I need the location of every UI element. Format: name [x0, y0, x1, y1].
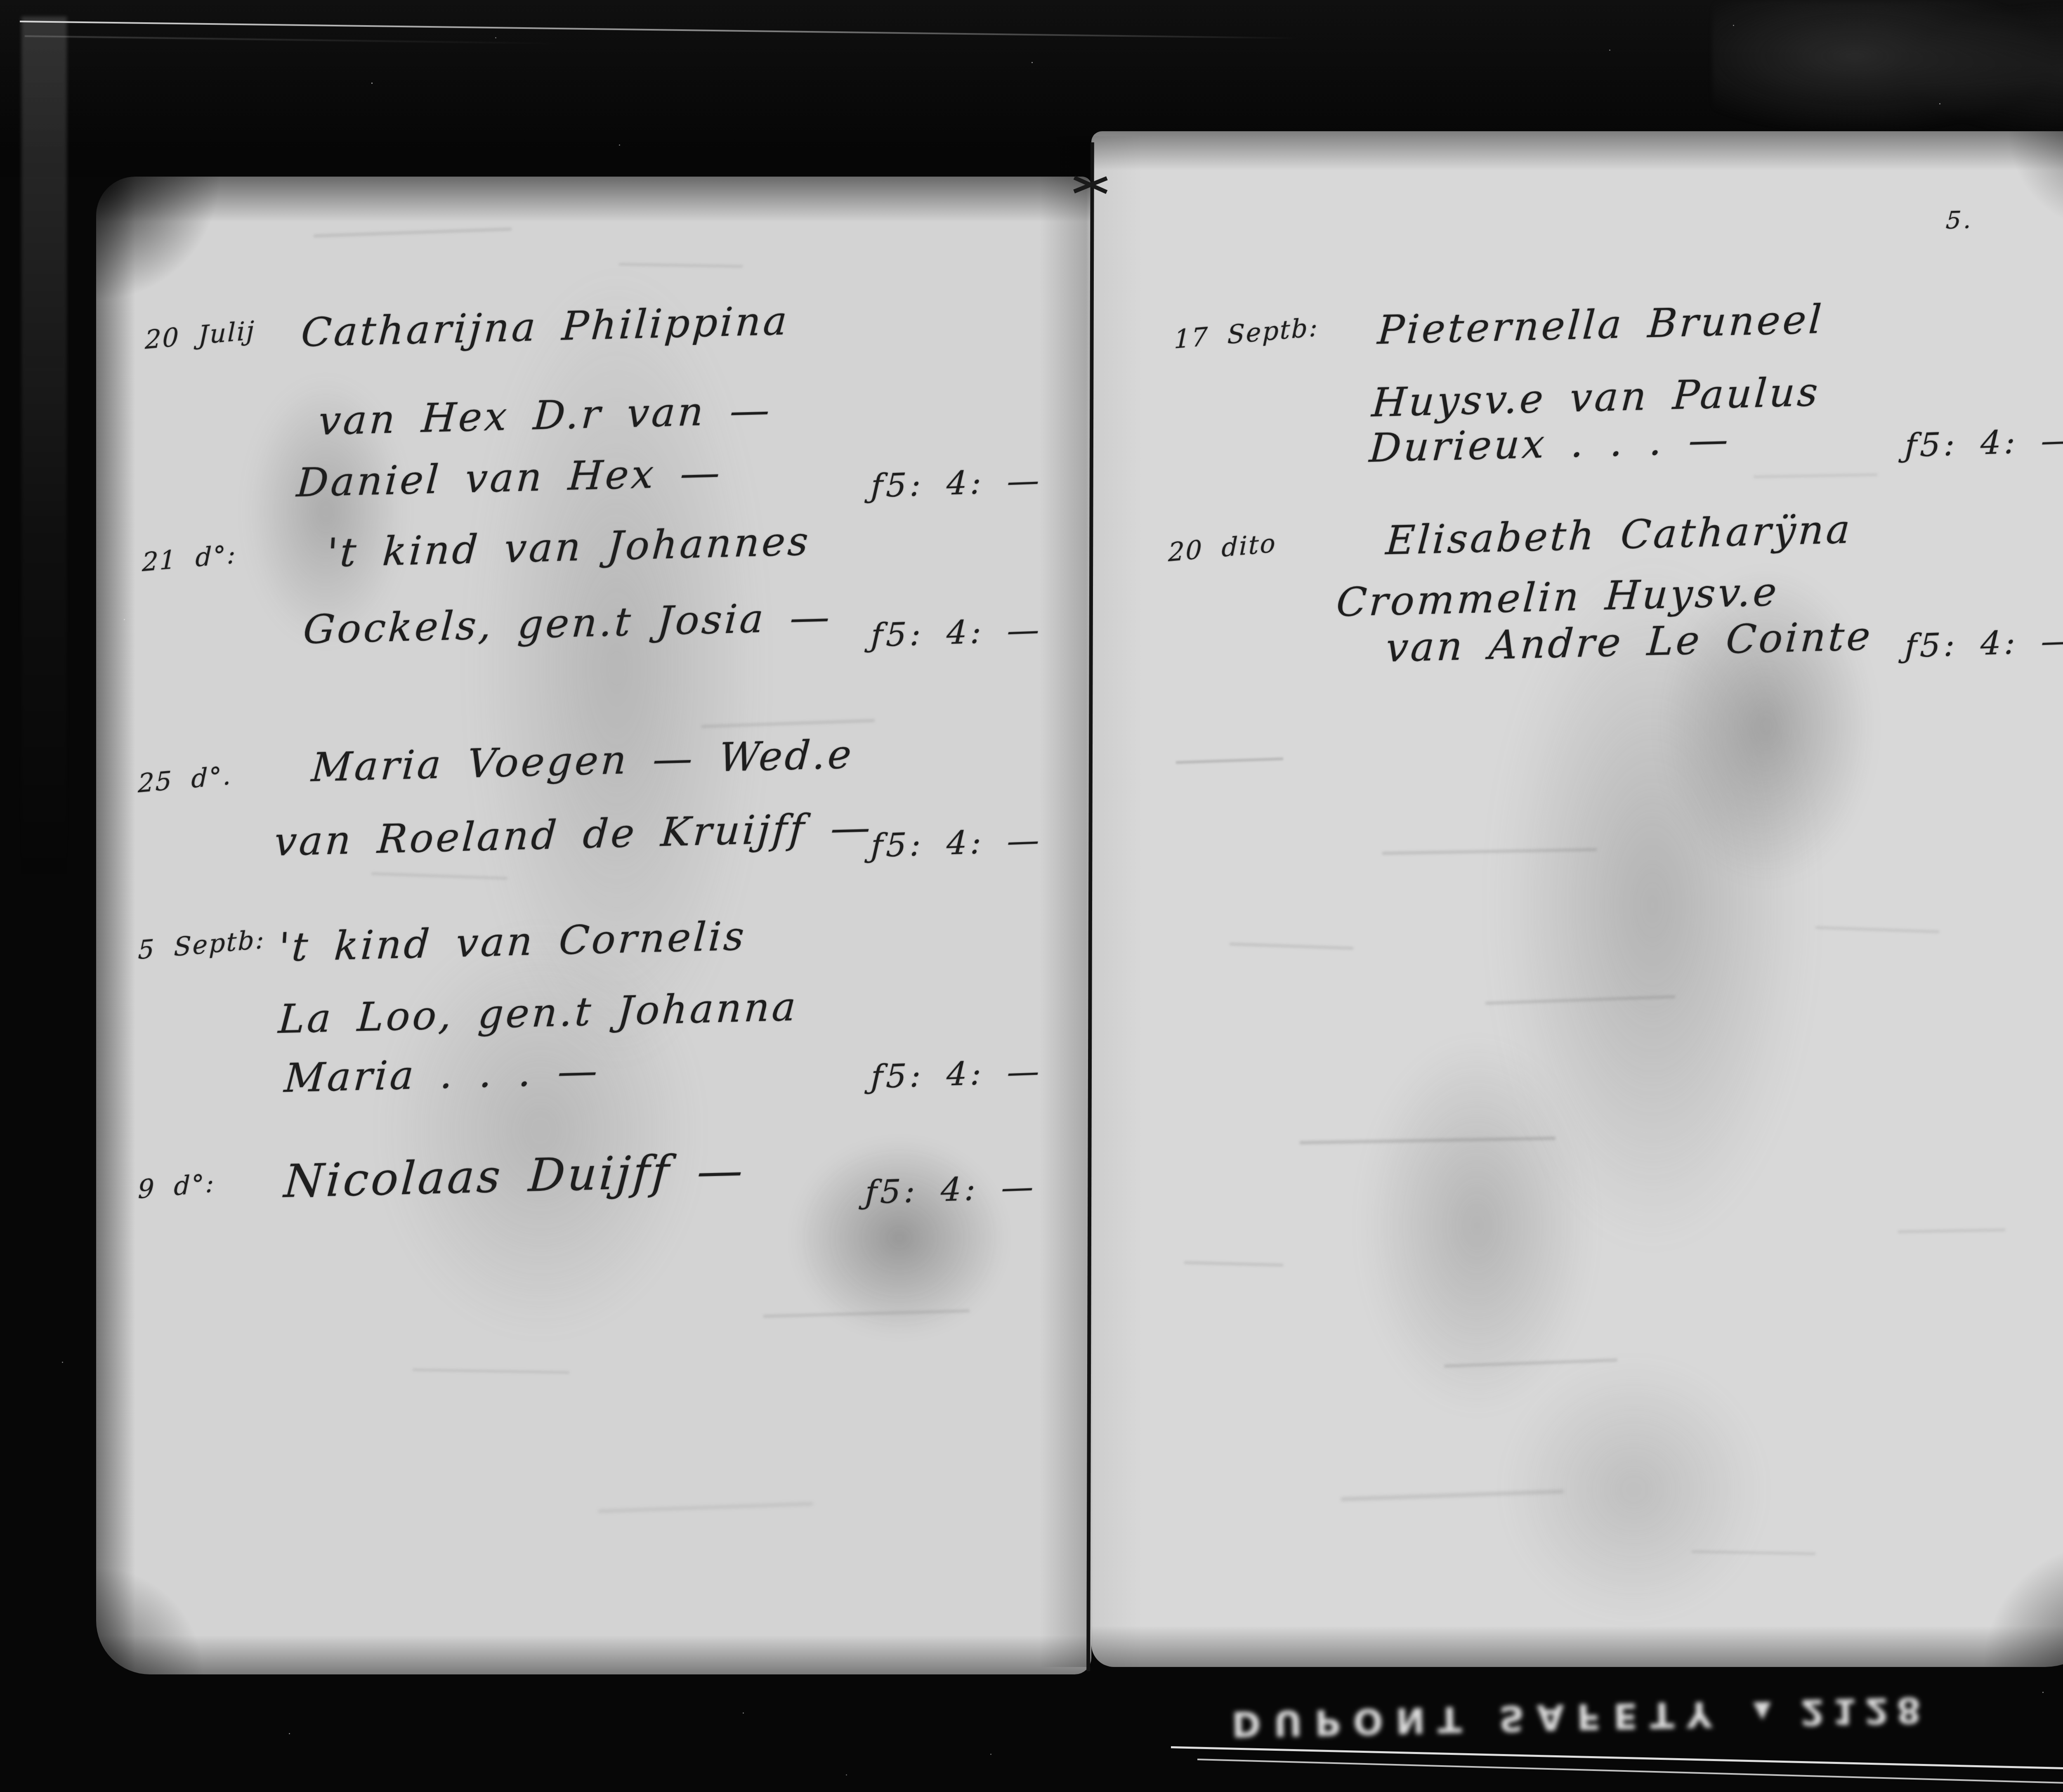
entry-amount: ƒ5: 4: — — [1904, 624, 2063, 663]
entry-date: 21 d°: — [142, 541, 237, 575]
entry-text-line: La Loo, gen.t Johanna — [277, 987, 799, 1039]
right-page — [1091, 131, 2063, 1667]
entry-amount: ƒ5: 4: — — [870, 464, 1043, 503]
entry-amount: ƒ5: 4: — — [870, 614, 1043, 652]
film-edge-line — [1197, 1759, 2063, 1787]
entry-text-line: 't kind van Cornelis — [277, 916, 748, 967]
film-edge-triangle-icon: ▲ — [1753, 1699, 1771, 1726]
film-edge-print: DUPONT SAFETY ▲ 2128 — [1231, 1689, 1929, 1745]
entry-amount: ƒ5: 4: — — [864, 1171, 1037, 1209]
film-edge-line — [1171, 1746, 2063, 1772]
entry-text-line: Huysv.e van Paulus — [1371, 372, 1821, 423]
film-edge-text: DUPONT SAFETY — [1231, 1693, 1725, 1745]
entry-amount: ƒ5: 4: — — [870, 1055, 1043, 1093]
entry-text-line: Pieternella Bruneel — [1376, 300, 1825, 350]
entry-text-line: Crommelin Huysv.e — [1335, 572, 1780, 622]
entry-text-line: Gockels, gen.t Josia — — [302, 597, 833, 649]
entry-date: 9 d°: — [138, 1170, 215, 1203]
entry-amount: ƒ5: 4: — — [1904, 424, 2063, 462]
entry-text-line: Nicolaas Duijff — — [283, 1147, 746, 1204]
entry-text-line: Catharijna Philippina — [300, 301, 791, 352]
entry-text-line: Maria . . . — — [283, 1051, 601, 1098]
entry-amount: ƒ5: 4: — — [870, 824, 1043, 862]
entry-text-line: Elisabeth Catharÿna — [1385, 509, 1853, 560]
entry-text-line: van Hex D.r van — — [317, 390, 773, 441]
binding-stitch — [1073, 171, 1108, 198]
page-number: 5. — [1945, 208, 1974, 232]
dust-specks — [371, 83, 373, 84]
entry-text-line: 't kind van Johannes — [326, 521, 812, 573]
entry-date: 25 d°. — [138, 763, 232, 796]
film-edge-number: 2128 — [1800, 1689, 1929, 1733]
film-left-streak — [21, 17, 67, 883]
entry-text-line: Durieux . . . — — [1368, 420, 1732, 468]
entry-text-line: van Andre Le Cointe — [1385, 616, 1874, 668]
entry-text-line: Daniel van Hex — — [295, 453, 724, 503]
film-mottle — [1712, 0, 2063, 140]
microfilm-scan: 5. 20 Julij Catharijna Philippina van He… — [0, 0, 2063, 1792]
